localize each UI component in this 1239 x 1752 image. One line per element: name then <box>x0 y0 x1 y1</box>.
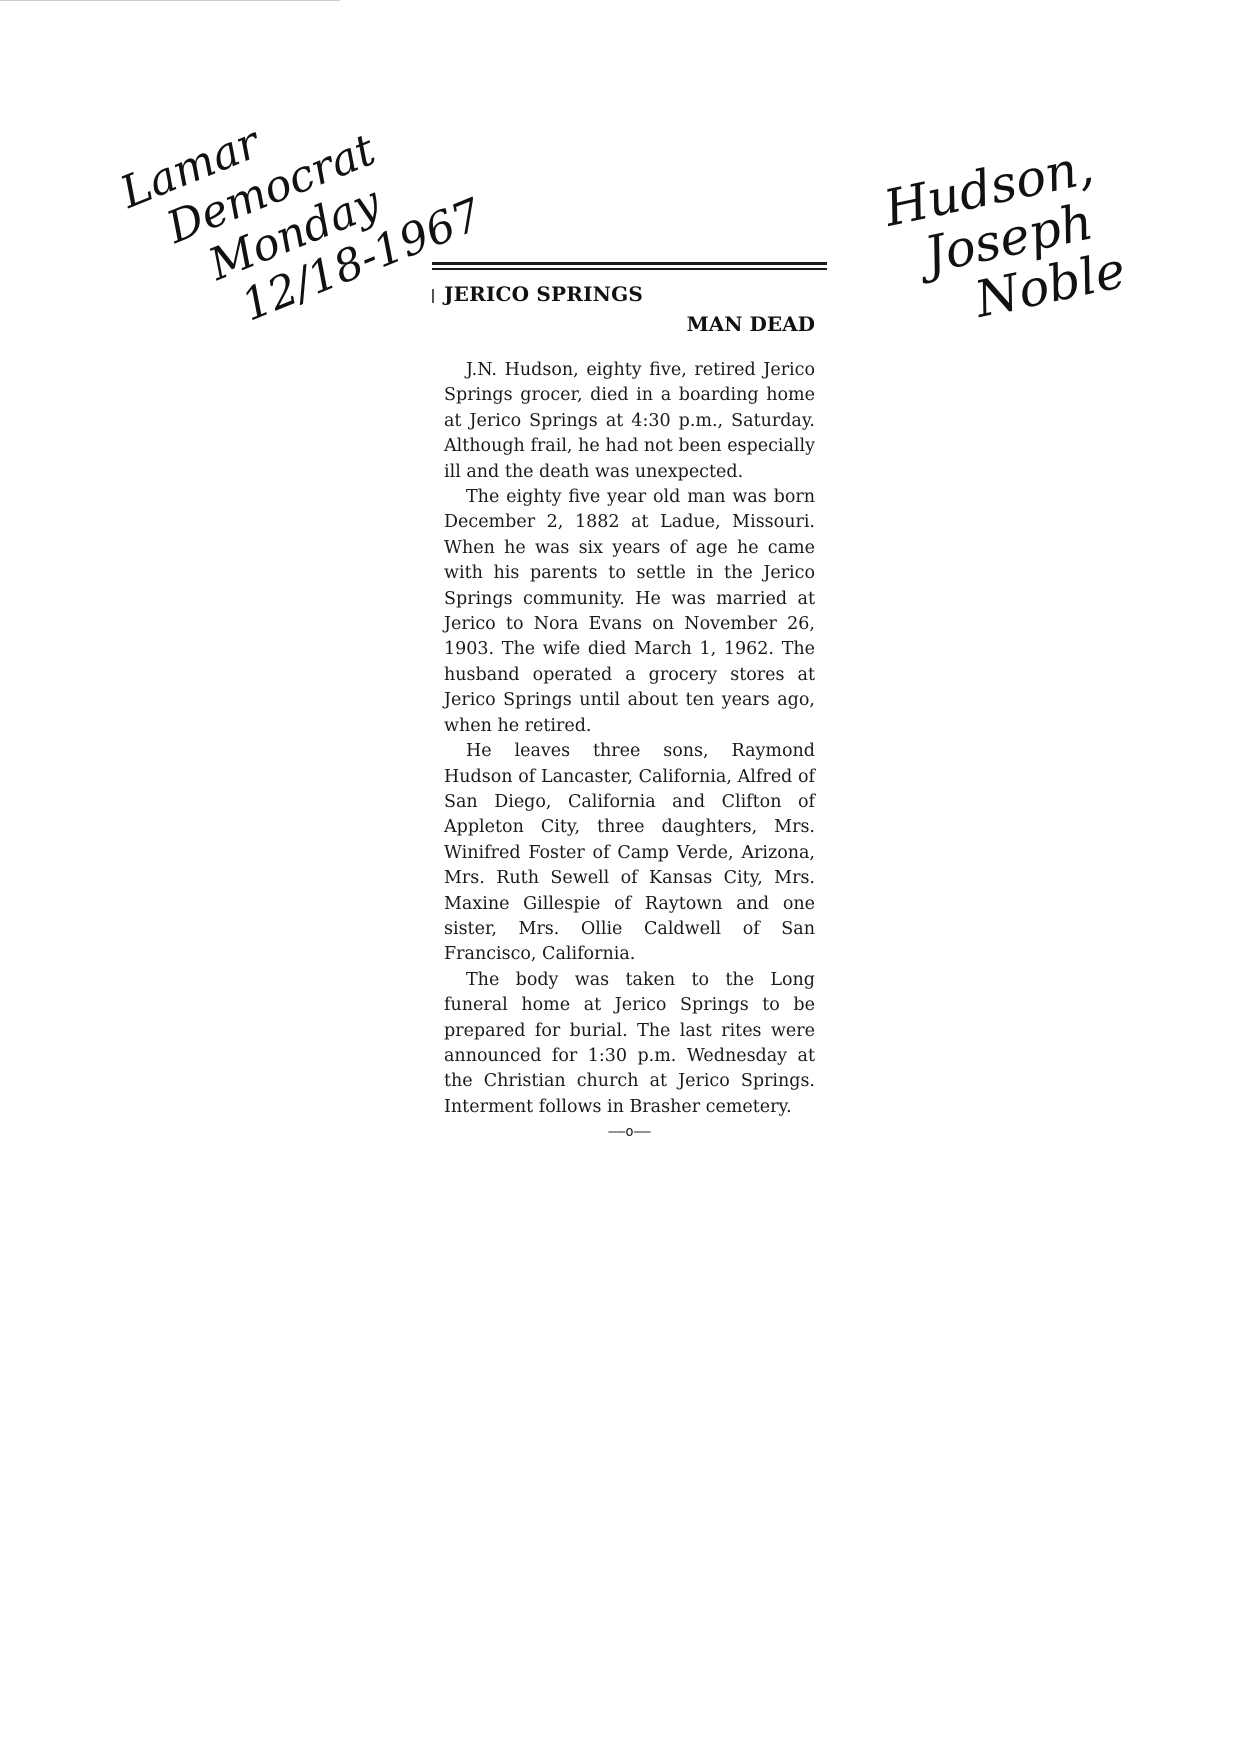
article-paragraph: The body was taken to the Long funeral h… <box>444 968 815 1120</box>
headline-line-2: MAN DEAD <box>432 312 815 336</box>
article-paragraph: He leaves three sons, Raymond Hudson of … <box>444 739 815 968</box>
scan-edge-line <box>0 0 340 1</box>
end-ornament: ——o—— <box>444 1124 815 1140</box>
headline-line-1: JERICO SPRINGS <box>432 282 827 306</box>
newspaper-clipping: JERICO SPRINGS MAN DEAD J.N. Hudson, eig… <box>432 262 827 1140</box>
handwritten-name-note: Hudson, Joseph Noble <box>880 139 1130 344</box>
header-rule <box>432 268 827 270</box>
header-rule <box>432 262 827 265</box>
article-body: J.N. Hudson, eighty five, retired Jerico… <box>432 358 827 1140</box>
article-paragraph: The eighty five year old man was born De… <box>444 485 815 739</box>
article-paragraph: J.N. Hudson, eighty five, retired Jerico… <box>444 358 815 485</box>
